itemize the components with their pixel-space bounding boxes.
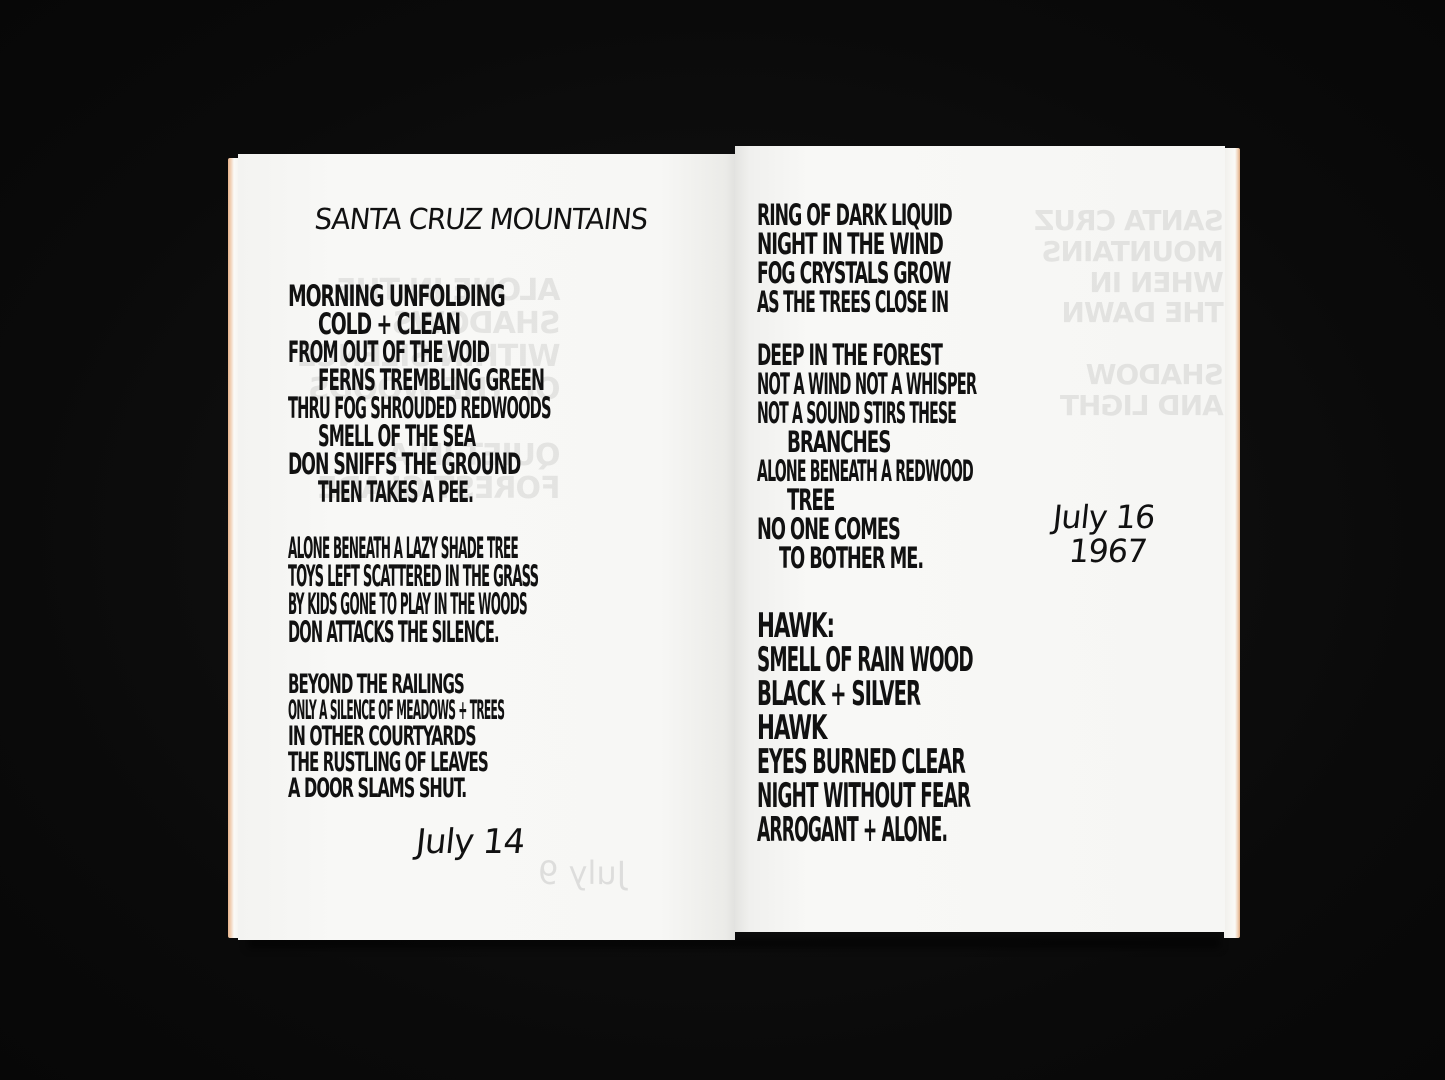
- stanza-3: Hawk: smell of rain wood black + silver …: [757, 609, 1157, 847]
- stanza-1: Morning unfolding cold + clean From out …: [288, 282, 807, 506]
- stanza-3: Beyond the railings only a silence of me…: [288, 672, 807, 802]
- stanza-1: Ring of dark liquid night in the wind fo…: [757, 201, 1157, 317]
- poem-line: Don sniffs the ground: [288, 450, 631, 478]
- poem-line: cold + clean: [318, 310, 670, 338]
- poem-line: Alone beneath a lazy shade tree: [288, 534, 527, 562]
- poem-line: toys left scattered in the grass: [288, 562, 548, 590]
- poem-line: as the trees close in: [757, 288, 997, 317]
- poem-date: July 14: [414, 822, 526, 862]
- stanza-2: Alone beneath a lazy shade tree toys lef…: [288, 534, 807, 646]
- poem-line: smell of rain wood: [757, 643, 997, 677]
- open-book: ALONE IN THE SHADOWS WITHIN SILENCE OF T…: [228, 146, 1240, 942]
- poem-left-body: Morning unfolding cold + clean From out …: [288, 282, 807, 818]
- poem-line: black + silver: [757, 677, 1013, 711]
- poem-line: Ring of dark liquid: [757, 201, 1021, 230]
- poem-line: Hawk: [757, 711, 1037, 745]
- poem-line: not a wind not a whisper: [757, 370, 981, 399]
- right-page: SANTA CRUZ MOUNTAINS WHEN IN THE DAWN SH…: [735, 146, 1225, 932]
- poem-date: July 16: [1051, 498, 1156, 536]
- poem-line: eyes burned clear: [757, 745, 1005, 779]
- poem-line: ferns trembling green: [318, 366, 631, 394]
- poem-line: thru fog shrouded redwoods: [288, 394, 579, 422]
- poem-line: Alone beneath a redwood: [757, 457, 973, 486]
- photo-scene: ALONE IN THE SHADOWS WITHIN SILENCE OF T…: [0, 0, 1445, 1080]
- poem-line: to bother me.: [779, 544, 1036, 573]
- poem-line: From out of the void: [288, 338, 610, 366]
- poem-line: fog crystals grow: [757, 259, 1021, 288]
- left-page: ALONE IN THE SHADOWS WITHIN SILENCE OF T…: [238, 154, 735, 940]
- poem-line: not a sound stirs these: [757, 399, 973, 428]
- poem-title: Santa Cruz Mountains: [313, 202, 649, 236]
- poem-line: arrogant + alone.: [757, 813, 981, 847]
- poem-line: then takes a pee.: [318, 478, 612, 506]
- poem-line: Don attacks the silence.: [288, 618, 579, 646]
- poem-line: Deep in the forest: [757, 341, 1021, 370]
- poem-line: tree: [787, 486, 1046, 515]
- poem-line: a door slams shut.: [288, 776, 631, 802]
- poem-line: no one comes: [757, 515, 1029, 544]
- poem-line: night in the wind: [757, 230, 1037, 259]
- poem-line: by kids gone to play in the woods: [288, 590, 527, 618]
- poem-year: 1967: [1067, 532, 1148, 570]
- poem-line: smell of the sea: [318, 422, 621, 450]
- poem-line: Morning unfolding: [288, 282, 662, 310]
- poem-line: night without fear: [757, 779, 997, 813]
- bleed-through-date: July 9: [538, 854, 626, 892]
- poem-line: branches: [787, 428, 1046, 457]
- right-page-block-edge: [1224, 148, 1240, 938]
- poem-line: Hawk:: [757, 609, 1037, 643]
